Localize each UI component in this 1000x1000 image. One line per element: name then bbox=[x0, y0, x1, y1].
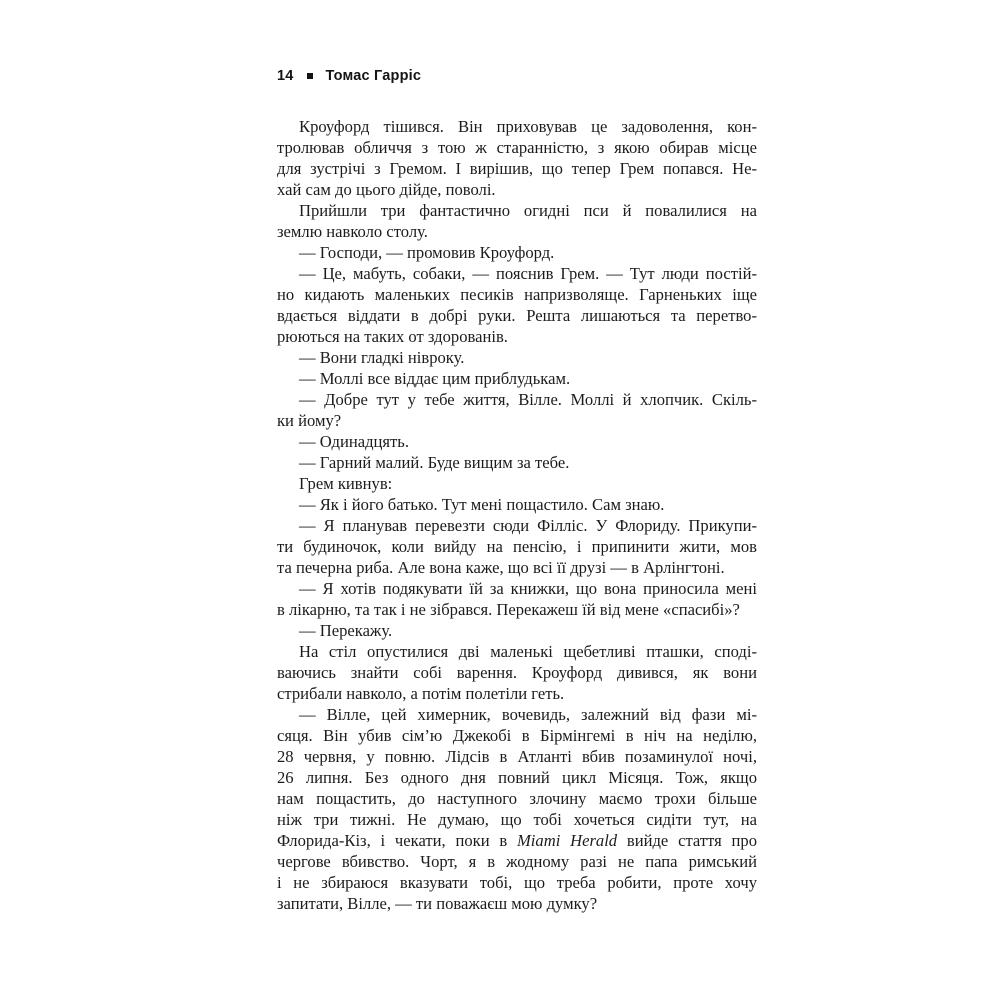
text-line: ваючись знайти собі варення. Кроуфорд ди… bbox=[277, 662, 757, 683]
text-line: — Господи, — промовив Кроуфорд. bbox=[277, 242, 757, 263]
text-line: На стіл опустилися дві маленькі щебетлив… bbox=[277, 641, 757, 662]
paragraph: — Добре тут у тебе життя, Вілле. Моллі й… bbox=[277, 389, 757, 431]
text-line: запитати, Вілле, — ти поважаєш мою думку… bbox=[277, 893, 757, 914]
text-line: — Моллі все віддає цим приблудькам. bbox=[277, 368, 757, 389]
running-title: Томас Гарріс bbox=[326, 68, 422, 84]
text-line: но кидають маленьких песиків напризволящ… bbox=[277, 284, 757, 305]
text-block: Кроуфорд тішився. Він приховував це задо… bbox=[277, 116, 757, 914]
paragraph: — Це, мабуть, собаки, — пояснив Грем. — … bbox=[277, 263, 757, 347]
text-line: для зустрічі з Гремом. І вирішив, що теп… bbox=[277, 158, 757, 179]
text-span: Флорида-Кіз, і чекати, поки в bbox=[277, 831, 517, 850]
text-line: — Я хотів подякувати їй за книжки, що во… bbox=[277, 578, 757, 599]
paragraph: — Як і його батько. Тут мені пощастило. … bbox=[277, 494, 757, 515]
text-line: Прийшли три фантастично огидні пси й пов… bbox=[277, 200, 757, 221]
paragraph: — Гарний малий. Буде вищим за тебе. bbox=[277, 452, 757, 473]
text-line: — Це, мабуть, собаки, — пояснив Грем. — … bbox=[277, 263, 757, 284]
running-header: 14 Томас Гарріс bbox=[277, 68, 421, 84]
paragraph: — Вони гладкі нівроку. bbox=[277, 347, 757, 368]
square-bullet-icon bbox=[307, 73, 313, 79]
paragraph: Кроуфорд тішився. Він приховував це задо… bbox=[277, 116, 757, 200]
paragraph: — Господи, — промовив Кроуфорд. bbox=[277, 242, 757, 263]
text-line: Кроуфорд тішився. Він приховував це задо… bbox=[277, 116, 757, 137]
text-line: рюються на таких от здорованів. bbox=[277, 326, 757, 347]
text-line: ніж три тижні. Не думаю, що тобі хочетьс… bbox=[277, 809, 757, 830]
text-line: — Як і його батько. Тут мені пощастило. … bbox=[277, 494, 757, 515]
text-line: ки йому? bbox=[277, 410, 757, 431]
text-line: в лікарню, та так і не зібрався. Перекаж… bbox=[277, 599, 757, 620]
italic-text: Miami Herald bbox=[517, 831, 617, 850]
text-line: нам пощастить, до наступного злочину має… bbox=[277, 788, 757, 809]
text-line: — Одинадцять. bbox=[277, 431, 757, 452]
text-line: — Гарний малий. Буде вищим за тебе. bbox=[277, 452, 757, 473]
text-line: 28 червня, у повню. Лідсів в Атланті вби… bbox=[277, 746, 757, 767]
text-line: Флорида-Кіз, і чекати, поки в Miami Hera… bbox=[277, 830, 757, 851]
text-line: — Вони гладкі нівроку. bbox=[277, 347, 757, 368]
paragraph: — Я хотів подякувати їй за книжки, що во… bbox=[277, 578, 757, 620]
text-line: — Вілле, цей химерник, вочевидь, залежни… bbox=[277, 704, 757, 725]
page-number: 14 bbox=[277, 68, 294, 84]
text-line: — Я планував перевезти сюди Філліс. У Фл… bbox=[277, 515, 757, 536]
paragraph: — Одинадцять. bbox=[277, 431, 757, 452]
text-span: вийде стаття про bbox=[617, 831, 757, 850]
text-line: чергове вбивство. Чорт, я в жодному разі… bbox=[277, 851, 757, 872]
text-line: — Перекажу. bbox=[277, 620, 757, 641]
paragraph: — Моллі все віддає цим приблудькам. bbox=[277, 368, 757, 389]
text-line: — Добре тут у тебе життя, Вілле. Моллі й… bbox=[277, 389, 757, 410]
paragraph: Прийшли три фантастично огидні пси й пов… bbox=[277, 200, 757, 242]
book-page: 14 Томас Гарріс Кроуфорд тішився. Він пр… bbox=[0, 0, 1000, 1000]
paragraph: — Вілле, цей химерник, вочевидь, залежни… bbox=[277, 704, 757, 914]
paragraph: Грем кивнув: bbox=[277, 473, 757, 494]
text-line: Грем кивнув: bbox=[277, 473, 757, 494]
text-line: і не збираюся вказувати тобі, що треба р… bbox=[277, 872, 757, 893]
paragraph: На стіл опустилися дві маленькі щебетлив… bbox=[277, 641, 757, 704]
text-line: сяця. Він убив сім’ю Джекобі в Бірмінгем… bbox=[277, 725, 757, 746]
text-line: стрибали навколо, а потім полетіли геть. bbox=[277, 683, 757, 704]
text-line: 26 липня. Без одного дня повний цикл Міс… bbox=[277, 767, 757, 788]
text-line: хай сам до цього дійде, поволі. bbox=[277, 179, 757, 200]
paragraph: — Я планував перевезти сюди Філліс. У Фл… bbox=[277, 515, 757, 578]
text-line: та печерна риба. Але вона каже, що всі ї… bbox=[277, 557, 757, 578]
text-line: землю навколо столу. bbox=[277, 221, 757, 242]
text-line: тролював обличчя з тою ж старанністю, з … bbox=[277, 137, 757, 158]
paragraph: — Перекажу. bbox=[277, 620, 757, 641]
text-line: вдається віддати в добрі руки. Решта лиш… bbox=[277, 305, 757, 326]
text-line: ти будиночок, коли вийду на пенсію, і пр… bbox=[277, 536, 757, 557]
